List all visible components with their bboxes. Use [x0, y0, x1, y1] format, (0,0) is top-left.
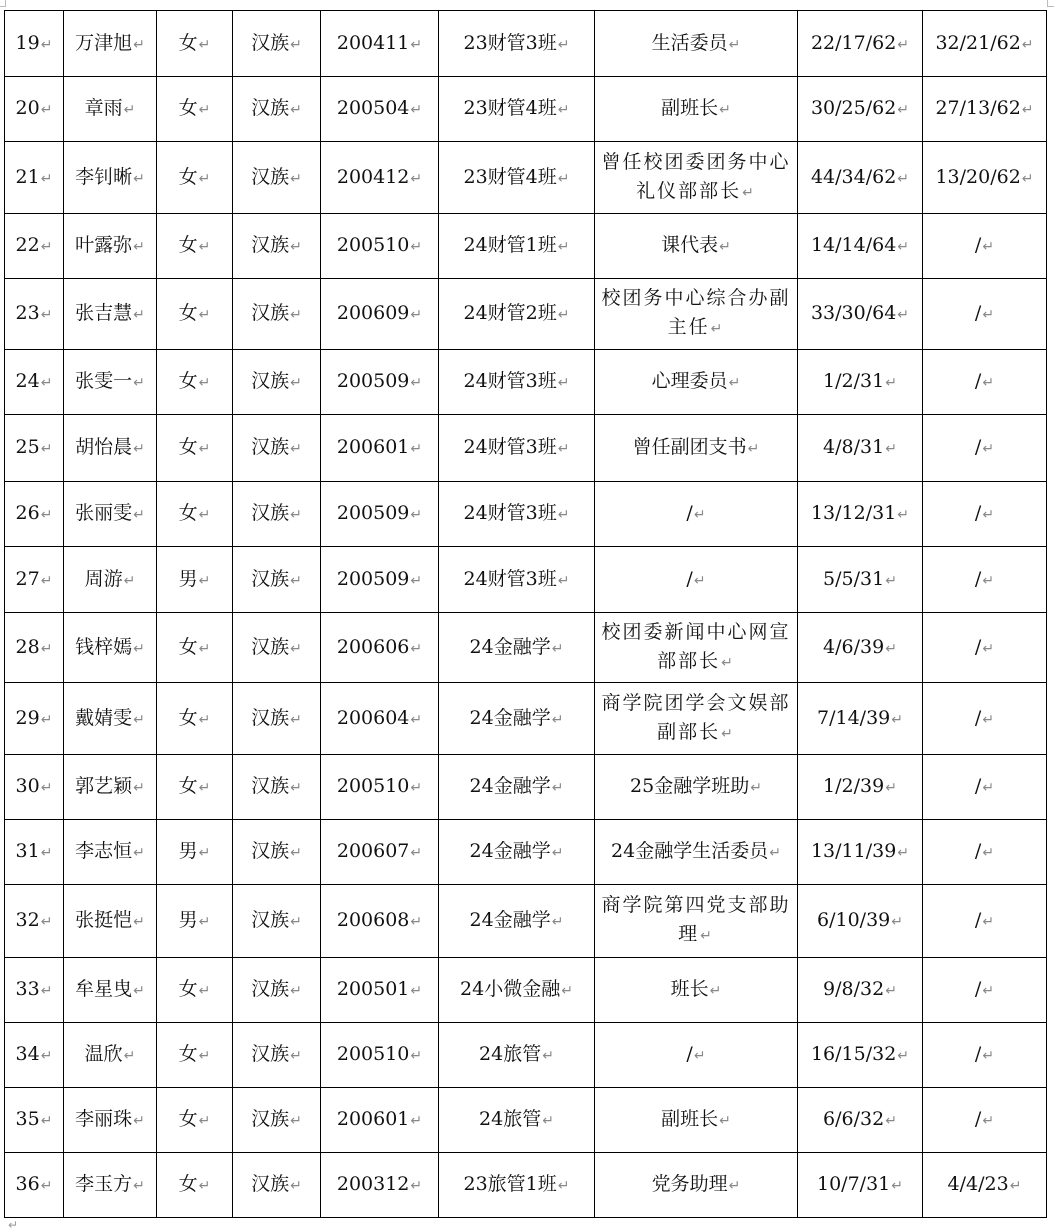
paragraph-mark-icon: ↵: [41, 171, 53, 187]
ethnicity-text: 汉族: [251, 840, 289, 862]
rank-1-text: 44/34/62: [811, 166, 896, 188]
paragraph-mark-icon: ↵: [199, 780, 211, 796]
paragraph-mark-icon: ↵: [558, 171, 570, 187]
ethnicity-cell: 汉族↵: [233, 1023, 321, 1088]
paragraph-mark-icon: ↵: [41, 914, 53, 930]
row-number-text: 35: [16, 1108, 40, 1130]
class-name-cell: 24金融学↵: [439, 755, 595, 820]
paragraph-mark-icon: ↵: [410, 573, 422, 589]
paragraph-mark-icon: ↵: [199, 171, 211, 187]
paragraph-mark-icon: ↵: [719, 102, 731, 118]
paragraph-mark-icon: ↵: [729, 37, 741, 53]
role-cell: 生活委员↵: [595, 11, 798, 77]
paragraph-mark-icon: ↵: [982, 983, 994, 999]
row-number-cell: 23↵: [5, 279, 64, 350]
rank-1-text: 1/2/31: [823, 370, 884, 392]
paragraph-mark-icon: ↵: [721, 726, 735, 742]
student-name-cell: 钱梓嫣↵: [64, 613, 157, 683]
paragraph-mark-icon: ↵: [729, 1178, 741, 1194]
role-cell: 25金融学班助↵: [595, 755, 798, 820]
birth-month-text: 200510: [337, 775, 410, 797]
paragraph-mark-icon: ↵: [982, 573, 994, 589]
paragraph-mark-icon: ↵: [133, 780, 145, 796]
student-name-text: 周游: [85, 568, 123, 590]
paragraph-mark-icon: ↵: [694, 507, 706, 523]
gender-cell: 女↵: [157, 683, 233, 755]
table-row: 29↵戴婧雯↵女↵汉族↵200604↵24金融学↵商学院团学会文娱部副部长↵7/…: [5, 683, 1047, 755]
ethnicity-text: 汉族: [251, 909, 289, 931]
birth-month-text: 200412: [337, 166, 410, 188]
paragraph-mark-icon: ↵: [199, 441, 211, 457]
paragraph-mark-icon: ↵: [290, 375, 302, 391]
ethnicity-cell: 汉族↵: [233, 885, 321, 958]
row-number-cell: 22↵: [5, 214, 64, 279]
paragraph-mark-icon: ↵: [410, 1113, 422, 1129]
class-name-text: 24金融学: [470, 636, 551, 658]
rank-2-text: /: [975, 978, 981, 1000]
birth-month-text: 200509: [337, 370, 410, 392]
gender-cell: 男↵: [157, 820, 233, 885]
paragraph-mark-icon: ↵: [133, 441, 145, 457]
rank-2-text: /: [975, 707, 981, 729]
paragraph-mark-icon: ↵: [41, 641, 53, 657]
role-text: 副班长: [661, 97, 718, 119]
paragraph-mark-icon: ↵: [290, 239, 302, 255]
ethnicity-text: 汉族: [251, 166, 289, 188]
row-number-text: 20: [16, 97, 40, 119]
role-text: 曾任校团委团务中心礼仪部部长: [601, 151, 790, 202]
student-table: 19↵万津旭↵女↵汉族↵200411↵23财管3班↵生活委员↵22/17/62↵…: [4, 10, 1047, 1218]
birth-month-text: 200604: [337, 707, 410, 729]
role-text: 心理委员: [652, 370, 728, 392]
table-row: 23↵张吉慧↵女↵汉族↵200609↵24财管2班↵校团务中心综合办副主任↵33…: [5, 279, 1047, 350]
paragraph-mark-icon: ↵: [133, 983, 145, 999]
birth-month-cell: 200604↵: [321, 683, 439, 755]
paragraph-mark-icon: ↵: [290, 780, 302, 796]
role-cell: 24金融学生活委员↵: [595, 820, 798, 885]
class-name-text: 24财管3班: [464, 370, 557, 392]
birth-month-cell: 200412↵: [321, 142, 439, 214]
paragraph-mark-icon: ↵: [410, 441, 422, 457]
class-name-text: 24金融学: [470, 909, 551, 931]
row-number-cell: 27↵: [5, 547, 64, 613]
ethnicity-cell: 汉族↵: [233, 415, 321, 482]
row-number-cell: 34↵: [5, 1023, 64, 1088]
gender-text: 女: [179, 636, 198, 658]
student-name-text: 张挺恺: [75, 909, 132, 931]
birth-month-cell: 200609↵: [321, 279, 439, 350]
student-name-text: 章雨: [85, 97, 123, 119]
rank-1-cell: 1/2/31↵: [798, 350, 923, 415]
ethnicity-cell: 汉族↵: [233, 683, 321, 755]
paragraph-mark-icon: ↵: [561, 983, 573, 999]
birth-month-cell: 200504↵: [321, 77, 439, 142]
rank-1-cell: 10/7/31↵: [798, 1153, 923, 1218]
class-name-text: 24金融学: [470, 707, 551, 729]
student-name-cell: 李丽珠↵: [64, 1088, 157, 1153]
class-name-cell: 24金融学↵: [439, 885, 595, 958]
table-row: 33↵牟星曳↵女↵汉族↵200501↵24小微金融↵班长↵9/8/32↵/↵: [5, 958, 1047, 1023]
rank-2-cell: /↵: [923, 350, 1047, 415]
birth-month-cell: 200510↵: [321, 1023, 439, 1088]
rank-1-text: 6/10/39: [817, 909, 890, 931]
paragraph-mark-icon: ↵: [885, 573, 897, 589]
gender-cell: 女↵: [157, 77, 233, 142]
paragraph-mark-icon: ↵: [552, 712, 564, 728]
ethnicity-cell: 汉族↵: [233, 755, 321, 820]
rank-2-cell: /↵: [923, 1023, 1047, 1088]
ethnicity-text: 汉族: [251, 978, 289, 1000]
rank-1-text: 10/7/31: [817, 1173, 890, 1195]
rank-1-text: 4/8/31: [823, 436, 884, 458]
rank-1-cell: 4/8/31↵: [798, 415, 923, 482]
ethnicity-cell: 汉族↵: [233, 1088, 321, 1153]
rank-2-cell: /↵: [923, 482, 1047, 547]
paragraph-mark-icon: ↵: [199, 1178, 211, 1194]
table-row: 31↵李志恒↵男↵汉族↵200607↵24金融学↵24金融学生活委员↵13/11…: [5, 820, 1047, 885]
role-cell: 校团委新闻中心网宣部部长↵: [595, 613, 798, 683]
row-number-text: 36: [16, 1173, 40, 1195]
paragraph-mark-icon: ↵: [124, 573, 136, 589]
class-name-cell: 24旅管↵: [439, 1088, 595, 1153]
class-name-text: 24财管2班: [464, 302, 557, 324]
table-row: 20↵章雨↵女↵汉族↵200504↵23财管4班↵副班长↵30/25/62↵27…: [5, 77, 1047, 142]
paragraph-mark-icon: ↵: [290, 37, 302, 53]
table-row: 24↵张雯一↵女↵汉族↵200509↵24财管3班↵心理委员↵1/2/31↵/↵: [5, 350, 1047, 415]
paragraph-mark-icon: ↵: [199, 641, 211, 657]
gender-cell: 女↵: [157, 755, 233, 820]
rank-2-text: /: [975, 370, 981, 392]
table-row: 30↵郭艺颖↵女↵汉族↵200510↵24金融学↵25金融学班助↵1/2/39↵…: [5, 755, 1047, 820]
role-text: /: [686, 568, 692, 590]
page-corner-mark-right: [1047, 0, 1054, 7]
student-name-text: 郭艺颖: [75, 775, 132, 797]
role-cell: 曾任校团委团务中心礼仪部部长↵: [595, 142, 798, 214]
gender-text: 女: [179, 302, 198, 324]
paragraph-mark-icon: ↵: [982, 780, 994, 796]
gender-text: 男: [179, 909, 198, 931]
paragraph-mark-icon: ↵: [290, 914, 302, 930]
paragraph-mark-icon: ↵: [290, 712, 302, 728]
rank-1-cell: 30/25/62↵: [798, 77, 923, 142]
rank-2-cell: 27/13/62↵: [923, 77, 1047, 142]
student-name-text: 万津旭: [75, 32, 132, 54]
paragraph-mark-icon: ↵: [41, 1048, 53, 1064]
row-number-cell: 36↵: [5, 1153, 64, 1218]
role-cell: 课代表↵: [595, 214, 798, 279]
rank-1-cell: 5/5/31↵: [798, 547, 923, 613]
birth-month-cell: 200501↵: [321, 958, 439, 1023]
paragraph-mark-icon: ↵: [885, 983, 897, 999]
role-cell: /↵: [595, 1023, 798, 1088]
rank-1-cell: 16/15/32↵: [798, 1023, 923, 1088]
class-name-text: 24小微金融: [460, 978, 560, 1000]
ethnicity-cell: 汉族↵: [233, 350, 321, 415]
class-name-cell: 24财管1班↵: [439, 214, 595, 279]
role-text: 校团委新闻中心网宣部部长: [601, 621, 790, 672]
class-name-text: 23财管4班: [464, 97, 557, 119]
row-number-text: 22: [16, 234, 40, 256]
paragraph-mark-icon: ↵: [41, 37, 53, 53]
birth-month-cell: 200606↵: [321, 613, 439, 683]
rank-1-cell: 13/11/39↵: [798, 820, 923, 885]
paragraph-mark-icon: ↵: [133, 712, 145, 728]
role-cell: 副班长↵: [595, 1088, 798, 1153]
role-cell: 心理委员↵: [595, 350, 798, 415]
paragraph-mark-icon: ↵: [410, 37, 422, 53]
paragraph-mark-icon: ↵: [133, 239, 145, 255]
paragraph-mark-icon: ↵: [719, 1113, 731, 1129]
student-name-cell: 张吉慧↵: [64, 279, 157, 350]
student-name-cell: 李钊晰↵: [64, 142, 157, 214]
paragraph-mark-icon: ↵: [410, 712, 422, 728]
paragraph-mark-icon: ↵: [410, 1048, 422, 1064]
rank-2-cell: /↵: [923, 755, 1047, 820]
rank-2-cell: /↵: [923, 214, 1047, 279]
role-cell: 党务助理↵: [595, 1153, 798, 1218]
paragraph-mark-icon: ↵: [552, 914, 564, 930]
rank-2-cell: 32/21/62↵: [923, 11, 1047, 77]
paragraph-mark-icon: ↵: [410, 983, 422, 999]
paragraph-mark-icon: ↵: [694, 1048, 706, 1064]
birth-month-text: 200509: [337, 502, 410, 524]
paragraph-mark-icon: ↵: [982, 307, 994, 323]
rank-2-text: /: [975, 1108, 981, 1130]
rank-1-cell: 6/10/39↵: [798, 885, 923, 958]
paragraph-mark-icon: ↵: [41, 983, 53, 999]
student-name-cell: 章雨↵: [64, 77, 157, 142]
gender-text: 女: [179, 370, 198, 392]
class-name-cell: 24财管3班↵: [439, 350, 595, 415]
student-name-text: 李志恒: [75, 840, 132, 862]
gender-cell: 女↵: [157, 482, 233, 547]
paragraph-mark-icon: ↵: [41, 102, 53, 118]
rank-1-text: 30/25/62: [811, 97, 896, 119]
class-name-text: 24旅管: [479, 1043, 541, 1065]
paragraph-mark-icon: ↵: [124, 1048, 136, 1064]
paragraph-mark-icon: ↵: [133, 507, 145, 523]
paragraph-mark-icon: ↵: [982, 1113, 994, 1129]
row-number-cell: 28↵: [5, 613, 64, 683]
rank-2-cell: /↵: [923, 885, 1047, 958]
paragraph-mark-icon: ↵: [290, 507, 302, 523]
row-number-text: 34: [16, 1043, 40, 1065]
role-cell: 班长↵: [595, 958, 798, 1023]
paragraph-mark-icon: ↵: [558, 102, 570, 118]
rank-2-text: /: [975, 234, 981, 256]
gender-cell: 女↵: [157, 958, 233, 1023]
row-number-text: 25: [16, 436, 40, 458]
class-name-cell: 24旅管↵: [439, 1023, 595, 1088]
gender-text: 女: [179, 978, 198, 1000]
paragraph-mark-icon: ↵: [558, 441, 570, 457]
class-name-cell: 24财管2班↵: [439, 279, 595, 350]
role-cell: /↵: [595, 482, 798, 547]
birth-month-cell: 200509↵: [321, 350, 439, 415]
row-number-cell: 26↵: [5, 482, 64, 547]
paragraph-mark-icon: ↵: [552, 845, 564, 861]
student-name-cell: 牟星曳↵: [64, 958, 157, 1023]
row-number-cell: 31↵: [5, 820, 64, 885]
birth-month-cell: 200509↵: [321, 547, 439, 613]
rank-2-text: /: [975, 840, 981, 862]
paragraph-mark-icon: ↵: [41, 507, 53, 523]
role-text: 商学院团学会文娱部副部长: [601, 692, 790, 743]
rank-1-cell: 6/6/32↵: [798, 1088, 923, 1153]
paragraph-mark-icon: ↵: [133, 845, 145, 861]
class-name-cell: 23财管4班↵: [439, 142, 595, 214]
student-name-cell: 李志恒↵: [64, 820, 157, 885]
rank-2-text: /: [975, 436, 981, 458]
rank-2-cell: /↵: [923, 1088, 1047, 1153]
birth-month-text: 200312: [337, 1173, 410, 1195]
paragraph-mark-icon: ↵: [897, 239, 909, 255]
rank-1-text: 9/8/32: [823, 978, 884, 1000]
row-number-cell: 32↵: [5, 885, 64, 958]
birth-month-text: 200504: [337, 97, 410, 119]
paragraph-mark-icon: ↵: [410, 375, 422, 391]
paragraph-mark-icon: ↵: [133, 37, 145, 53]
student-name-cell: 张丽雯↵: [64, 482, 157, 547]
paragraph-mark-icon: ↵: [558, 375, 570, 391]
gender-text: 女: [179, 1108, 198, 1130]
rank-1-text: 14/14/64: [811, 234, 896, 256]
paragraph-mark-icon: ↵: [410, 914, 422, 930]
gender-text: 女: [179, 32, 198, 54]
rank-1-cell: 7/14/39↵: [798, 683, 923, 755]
paragraph-mark-icon: ↵: [290, 1178, 302, 1194]
birth-month-text: 200606: [337, 636, 410, 658]
role-cell: 商学院团学会文娱部副部长↵: [595, 683, 798, 755]
rank-2-text: 4/4/23: [948, 1173, 1009, 1195]
ethnicity-text: 汉族: [251, 636, 289, 658]
row-number-text: 23: [16, 302, 40, 324]
paragraph-mark-icon: ↵: [133, 171, 145, 187]
class-name-text: 24财管3班: [464, 502, 557, 524]
paragraph-mark-icon: ↵: [410, 845, 422, 861]
role-cell: 商学院第四党支部助理↵: [595, 885, 798, 958]
rank-2-cell: /↵: [923, 415, 1047, 482]
gender-cell: 女↵: [157, 142, 233, 214]
page-corner-mark-left: [0, 0, 6, 7]
paragraph-mark-icon: ↵: [897, 1048, 909, 1064]
paragraph-mark-icon: ↵: [885, 641, 897, 657]
role-cell: 副班长↵: [595, 77, 798, 142]
student-name-cell: 郭艺颖↵: [64, 755, 157, 820]
paragraph-mark-icon: ↵: [290, 1048, 302, 1064]
paragraph-mark-icon: ↵: [133, 375, 145, 391]
student-name-text: 张雯一: [75, 370, 132, 392]
paragraph-mark-icon: ↵: [748, 441, 760, 457]
table-row: 19↵万津旭↵女↵汉族↵200411↵23财管3班↵生活委员↵22/17/62↵…: [5, 11, 1047, 77]
row-number-cell: 33↵: [5, 958, 64, 1023]
paragraph-mark-icon: ↵: [710, 983, 722, 999]
ethnicity-text: 汉族: [251, 436, 289, 458]
paragraph-mark-icon: ↵: [982, 1048, 994, 1064]
rank-1-cell: 33/30/64↵: [798, 279, 923, 350]
rank-1-text: 5/5/31: [823, 568, 884, 590]
paragraph-mark-icon: ↵: [711, 321, 725, 337]
paragraph-mark-icon: ↵: [897, 307, 909, 323]
class-name-cell: 23财管4班↵: [439, 77, 595, 142]
birth-month-text: 200608: [337, 909, 410, 931]
birth-month-text: 200510: [337, 1043, 410, 1065]
paragraph-mark-icon: ↵: [199, 239, 211, 255]
row-number-text: 30: [16, 775, 40, 797]
table-row: 35↵李丽珠↵女↵汉族↵200601↵24旅管↵副班长↵6/6/32↵/↵: [5, 1088, 1047, 1153]
ethnicity-text: 汉族: [251, 502, 289, 524]
ethnicity-text: 汉族: [251, 32, 289, 54]
ethnicity-cell: 汉族↵: [233, 279, 321, 350]
paragraph-mark-icon: ↵: [290, 1113, 302, 1129]
role-text: 25金融学班助: [630, 775, 749, 797]
gender-cell: 女↵: [157, 1023, 233, 1088]
paragraph-mark-icon: ↵: [290, 441, 302, 457]
role-text: 校团务中心综合办副主任: [601, 287, 790, 338]
class-name-text: 24金融学: [470, 775, 551, 797]
rank-2-text: /: [975, 1043, 981, 1065]
paragraph-mark-icon: ↵: [729, 375, 741, 391]
role-text: 24金融学生活委员: [611, 840, 768, 862]
student-name-cell: 叶露弥↵: [64, 214, 157, 279]
birth-month-cell: 200601↵: [321, 1088, 439, 1153]
row-number-text: 29: [16, 707, 40, 729]
rank-2-text: 32/21/62: [935, 32, 1020, 54]
birth-month-text: 200609: [337, 302, 410, 324]
class-name-cell: 24财管3班↵: [439, 547, 595, 613]
paragraph-mark-icon: ↵: [750, 780, 762, 796]
role-text: 党务助理: [652, 1173, 728, 1195]
ethnicity-cell: 汉族↵: [233, 1153, 321, 1218]
gender-cell: 女↵: [157, 11, 233, 77]
paragraph-mark-icon: ↵: [885, 375, 897, 391]
paragraph-mark-icon: ↵: [1022, 171, 1034, 187]
paragraph-mark-icon: ↵: [897, 37, 909, 53]
paragraph-mark-icon: ↵: [558, 37, 570, 53]
table-row: 26↵张丽雯↵女↵汉族↵200509↵24财管3班↵/↵13/12/31↵/↵: [5, 482, 1047, 547]
class-name-text: 24旅管: [479, 1108, 541, 1130]
gender-text: 女: [179, 1173, 198, 1195]
paragraph-mark-icon: ↵: [694, 573, 706, 589]
birth-month-cell: 200607↵: [321, 820, 439, 885]
row-number-cell: 21↵: [5, 142, 64, 214]
student-name-text: 李钊晰: [75, 166, 132, 188]
gender-text: 女: [179, 234, 198, 256]
student-name-cell: 李玉方↵: [64, 1153, 157, 1218]
rank-1-text: 16/15/32: [811, 1043, 896, 1065]
gender-cell: 女↵: [157, 350, 233, 415]
birth-month-cell: 200509↵: [321, 482, 439, 547]
rank-2-text: /: [975, 568, 981, 590]
row-number-cell: 29↵: [5, 683, 64, 755]
ethnicity-text: 汉族: [251, 1108, 289, 1130]
paragraph-mark-icon: ↵: [199, 102, 211, 118]
ethnicity-cell: 汉族↵: [233, 958, 321, 1023]
table-row: 22↵叶露弥↵女↵汉族↵200510↵24财管1班↵课代表↵14/14/64↵/…: [5, 214, 1047, 279]
paragraph-mark-icon: ↵: [290, 573, 302, 589]
paragraph-mark-icon: ↵: [133, 641, 145, 657]
paragraph-mark-icon: ↵: [410, 239, 422, 255]
rank-1-cell: 9/8/32↵: [798, 958, 923, 1023]
row-number-cell: 30↵: [5, 755, 64, 820]
row-number-text: 27: [16, 568, 40, 590]
row-number-text: 19: [16, 32, 40, 54]
birth-month-text: 200607: [337, 840, 410, 862]
paragraph-mark-after-table: ↵: [8, 1218, 18, 1228]
paragraph-mark-icon: ↵: [742, 185, 756, 201]
paragraph-mark-icon: ↵: [410, 780, 422, 796]
birth-month-text: 200501: [337, 978, 410, 1000]
